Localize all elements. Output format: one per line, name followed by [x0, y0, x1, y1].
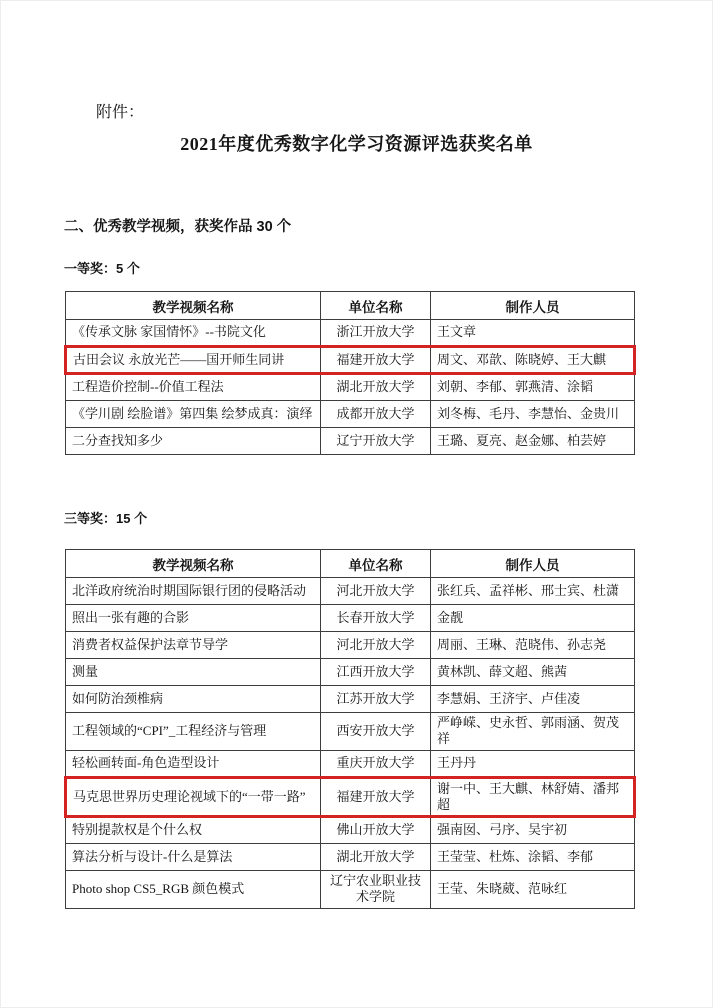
name-cell: 如何防治颈椎病	[66, 686, 321, 713]
unit-cell: 辽宁农业职业技术学院	[321, 871, 431, 909]
third-prize-label: 三等奖：15 个	[64, 508, 147, 527]
unit-cell: 辽宁开放大学	[321, 428, 431, 455]
staff-cell: 周丽、王琳、范晓伟、孙志尧	[431, 632, 635, 659]
name-cell: 二分查找知多少	[66, 428, 321, 455]
table-row: 如何防治颈椎病江苏开放大学李慧娟、王济宇、卢佳凌	[66, 686, 635, 713]
table-row: 《学川剧 绘脸谱》第四集 绘梦成真：演绎成都开放大学刘冬梅、毛丹、李慧怡、金贵川	[66, 401, 635, 428]
staff-cell: 黄林凯、薛文超、熊茜	[431, 659, 635, 686]
table-row: 北洋政府统治时期国际银行团的侵略活动河北开放大学张红兵、孟祥彬、邢士宾、杜潇	[66, 578, 635, 605]
staff-cell: 王丹丹	[431, 750, 635, 777]
unit-cell: 西安开放大学	[321, 713, 431, 751]
name-cell: 工程造价控制--价值工程法	[66, 374, 321, 401]
name-cell: 算法分析与设计-什么是算法	[66, 844, 321, 871]
table-row: 轻松画转面-角色造型设计重庆开放大学王丹丹	[66, 750, 635, 777]
name-cell: 《学川剧 绘脸谱》第四集 绘梦成真：演绎	[66, 401, 321, 428]
unit-cell: 河北开放大学	[321, 578, 431, 605]
column-header: 教学视频名称	[66, 292, 321, 320]
unit-cell: 福建开放大学	[321, 347, 431, 374]
name-cell: 北洋政府统治时期国际银行团的侵略活动	[66, 578, 321, 605]
table-row: Photo shop CS5_RGB 颜色模式辽宁农业职业技术学院王莹、朱晓葳、…	[66, 871, 635, 909]
table-row: 《传承文脉 家国情怀》--书院文化浙江开放大学王文章	[66, 320, 635, 347]
name-cell: Photo shop CS5_RGB 颜色模式	[66, 871, 321, 909]
name-cell: 消费者权益保护法章节导学	[66, 632, 321, 659]
name-cell: 照出一张有趣的合影	[66, 605, 321, 632]
staff-cell: 张红兵、孟祥彬、邢士宾、杜潇	[431, 578, 635, 605]
unit-cell: 江西开放大学	[321, 659, 431, 686]
table-row: 特别提款权是个什么权佛山开放大学强南囡、弓序、吴宇初	[66, 817, 635, 844]
unit-cell: 湖北开放大学	[321, 374, 431, 401]
table-row: 照出一张有趣的合影长春开放大学金靓	[66, 605, 635, 632]
unit-cell: 江苏开放大学	[321, 686, 431, 713]
unit-cell: 长春开放大学	[321, 605, 431, 632]
name-cell: 古田会议 永放光芒——国开师生同讲	[66, 347, 321, 374]
name-cell: 工程领域的“CPI”_工程经济与管理	[66, 713, 321, 751]
staff-cell: 王文章	[431, 320, 635, 347]
attachment-label: 附件：	[96, 99, 144, 122]
header-row: 教学视频名称单位名称制作人员	[66, 550, 635, 578]
staff-cell: 刘朝、李郁、郭燕清、涂韬	[431, 374, 635, 401]
name-cell: 《传承文脉 家国情怀》--书院文化	[66, 320, 321, 347]
staff-cell: 谢一中、王大麒、林舒婧、潘邦超	[431, 777, 635, 817]
column-header: 单位名称	[321, 292, 431, 320]
staff-cell: 金靓	[431, 605, 635, 632]
name-cell: 测量	[66, 659, 321, 686]
page-title: 2021年度优秀数字化学习资源评选获奖名单	[1, 130, 712, 156]
staff-cell: 刘冬梅、毛丹、李慧怡、金贵川	[431, 401, 635, 428]
table-row: 测量江西开放大学黄林凯、薛文超、熊茜	[66, 659, 635, 686]
unit-cell: 重庆开放大学	[321, 750, 431, 777]
staff-cell: 李慧娟、王济宇、卢佳凌	[431, 686, 635, 713]
table-row-highlighted: 古田会议 永放光芒——国开师生同讲福建开放大学周文、邓歆、陈晓婷、王大麒	[66, 347, 635, 374]
table-row: 消费者权益保护法章节导学河北开放大学周丽、王琳、范晓伟、孙志尧	[66, 632, 635, 659]
unit-cell: 浙江开放大学	[321, 320, 431, 347]
table-row: 工程造价控制--价值工程法湖北开放大学刘朝、李郁、郭燕清、涂韬	[66, 374, 635, 401]
column-header: 教学视频名称	[66, 550, 321, 578]
name-cell: 特别提款权是个什么权	[66, 817, 321, 844]
document-page: 附件： 2021年度优秀数字化学习资源评选获奖名单 二、优秀教学视频，获奖作品 …	[0, 0, 713, 1008]
header-row: 教学视频名称单位名称制作人员	[66, 292, 635, 320]
section-heading: 二、优秀教学视频，获奖作品 30 个	[64, 215, 291, 236]
table-row: 算法分析与设计-什么是算法湖北开放大学王莹莹、杜炼、涂韬、李郁	[66, 844, 635, 871]
staff-cell: 严峥嵘、史永哲、郭雨涵、贺茂祥	[431, 713, 635, 751]
unit-cell: 福建开放大学	[321, 777, 431, 817]
unit-cell: 湖北开放大学	[321, 844, 431, 871]
staff-cell: 王莹莹、杜炼、涂韬、李郁	[431, 844, 635, 871]
unit-cell: 河北开放大学	[321, 632, 431, 659]
first-prize-table: 教学视频名称单位名称制作人员《传承文脉 家国情怀》--书院文化浙江开放大学王文章…	[64, 291, 636, 455]
staff-cell: 王莹、朱晓葳、范咏红	[431, 871, 635, 909]
name-cell: 马克思世界历史理论视域下的“一带一路”	[66, 777, 321, 817]
first-prize-label: 一等奖：5 个	[64, 258, 140, 277]
table-row: 二分查找知多少辽宁开放大学王璐、夏亮、赵金娜、柏芸婷	[66, 428, 635, 455]
column-header: 单位名称	[321, 550, 431, 578]
name-cell: 轻松画转面-角色造型设计	[66, 750, 321, 777]
unit-cell: 成都开放大学	[321, 401, 431, 428]
unit-cell: 佛山开放大学	[321, 817, 431, 844]
third-prize-table: 教学视频名称单位名称制作人员北洋政府统治时期国际银行团的侵略活动河北开放大学张红…	[64, 549, 636, 909]
staff-cell: 强南囡、弓序、吴宇初	[431, 817, 635, 844]
table-row-highlighted: 马克思世界历史理论视域下的“一带一路”福建开放大学谢一中、王大麒、林舒婧、潘邦超	[66, 777, 635, 817]
column-header: 制作人员	[431, 292, 635, 320]
staff-cell: 周文、邓歆、陈晓婷、王大麒	[431, 347, 635, 374]
column-header: 制作人员	[431, 550, 635, 578]
table-row: 工程领域的“CPI”_工程经济与管理西安开放大学严峥嵘、史永哲、郭雨涵、贺茂祥	[66, 713, 635, 751]
staff-cell: 王璐、夏亮、赵金娜、柏芸婷	[431, 428, 635, 455]
